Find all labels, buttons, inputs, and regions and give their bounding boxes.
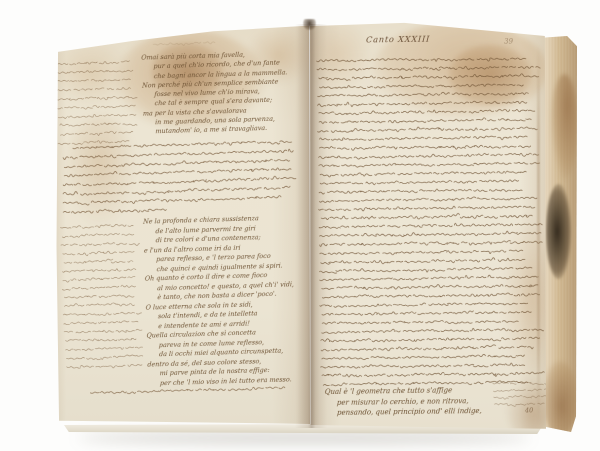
photo-background: Omai sarà più corta mia favella,pur a qu… xyxy=(0,0,600,451)
left-page-final-line xyxy=(90,377,298,394)
fore-edge-stain-top xyxy=(551,74,578,179)
right-page-content: Canto XXXIII 39 Qual è 'l geometra che t… xyxy=(308,20,549,433)
closing-tercet-paradiso-133-135: Qual è 'l geometra che tutto s'affigeper… xyxy=(325,385,482,419)
folio-number: 39 xyxy=(504,38,513,46)
fore-edge-worn-corner xyxy=(542,361,578,436)
verse-block-paradiso-106-114: Omai sarà più corta mia favella,pur a qu… xyxy=(141,49,289,137)
left-page-commentary-prose xyxy=(61,135,303,220)
margin-notes-top xyxy=(55,56,139,150)
canto-header: Canto XXXIII xyxy=(366,34,431,45)
verse-line: pensando, quel principio ond' elli indig… xyxy=(337,406,483,418)
left-page-content: Omai sarà più corta mia favella,pur a qu… xyxy=(51,19,317,430)
left-page-header-faded xyxy=(152,32,216,45)
verse-block-paradiso-115-132: Ne la profonda e chiara sussistenzade l'… xyxy=(143,213,297,388)
left-page: Omai sarà più corta mia favella,pur a qu… xyxy=(56,24,310,428)
fore-edge-page-stack xyxy=(544,36,577,432)
right-page-crease xyxy=(537,45,540,425)
fore-edge-dark-blotch xyxy=(546,184,571,279)
margin-note-bottom-right xyxy=(493,378,551,409)
gutter-top-notch xyxy=(303,19,316,30)
quire-mark: 40 xyxy=(525,406,533,414)
right-page-commentary-prose xyxy=(316,52,544,391)
book-gutter-shadow xyxy=(295,24,327,428)
book-cast-shadow xyxy=(78,433,530,443)
margin-notes-bottom xyxy=(60,220,143,374)
right-page: Canto XXXIII 39 Qual è 'l geometra che t… xyxy=(310,22,546,432)
